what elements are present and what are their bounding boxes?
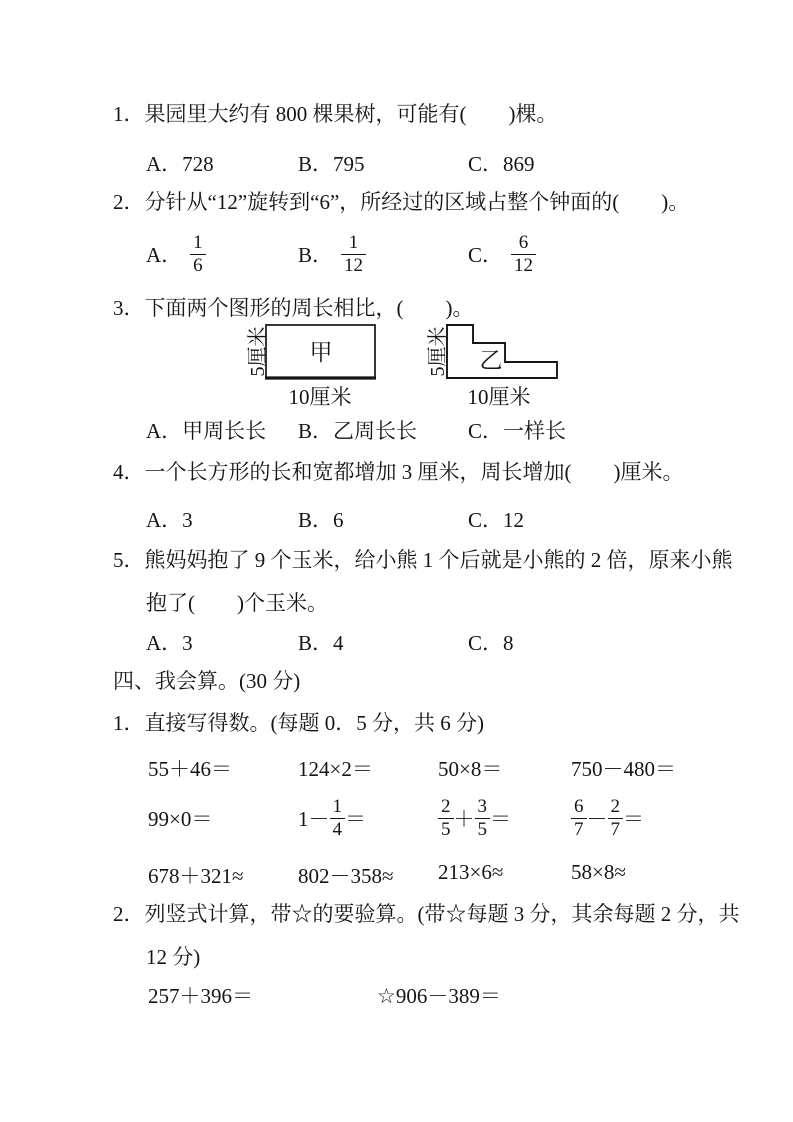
section-4-item-2-title-line1: 2．列竖式计算，带☆的要验算。(带☆每题 3 分，其余每题 2 分，共 [113,901,740,927]
fraction-denominator: 6 [190,254,206,277]
fraction-numerator: 1 [190,232,206,254]
item-2-title-text-line2: 12 分) [146,945,200,969]
vertical-calc-problem-starred: ☆906－389＝ [377,980,501,1010]
expr-prefix: 1－ [298,803,330,833]
figure-yi-label: 乙 [480,348,503,373]
question-4-option-b: B．6 [298,504,344,534]
calc-expression: 50×8＝ [438,753,502,783]
operator: ＋ [454,803,475,833]
option-label: B． [298,239,333,269]
exam-paper-page: 1．果园里大约有 800 棵果树，可能有( )棵。 A．728 B．795 C．… [0,0,793,1122]
section-4-item-1-title: 1．直接写得数。(每题 0．5 分，共 6 分) [113,710,484,736]
operator: － [587,803,608,833]
figure-yi-width-label: 10厘米 [468,385,531,409]
item-2-number: 2． [113,902,145,926]
fraction-denominator: 7 [571,818,587,841]
fraction-numerator: 1 [346,232,362,254]
figure-jia-label: 甲 [310,340,333,365]
section-4-heading-text: 四、我会算。(30 分) [113,669,300,693]
calc-expression-fraction: 1－ 1 4 ＝ [298,789,366,847]
fraction-denominator: 12 [511,254,536,277]
question-4-option-a: A．3 [146,504,193,534]
equals-sign: ＝ [490,803,511,833]
calc-expression: 802－358≈ [298,860,394,890]
question-3-option-b: B．乙周长长 [298,415,417,445]
calc-expression: 124×2＝ [298,753,373,783]
fraction-denominator: 12 [341,254,366,277]
question-3-number: 3． [113,296,145,320]
fraction-numerator: 6 [516,232,532,254]
calc-expression: 750－480＝ [571,753,676,783]
question-4-text: 一个长方形的长和宽都增加 3 厘米，周长增加( )厘米。 [145,460,684,484]
calc-expression-fraction: 2 5 ＋ 3 5 ＝ [438,789,511,847]
question-1-option-a: A．728 [146,148,214,178]
fraction-denominator: 5 [475,818,491,841]
section-4-item-2-title-line2: 12 分) [146,944,200,970]
calc-expression: 678＋321≈ [148,860,244,890]
question-2-option-b: B． 1 12 [298,224,366,284]
vertical-calc-problem: 257＋396＝ [148,980,253,1010]
calc-expression: 55＋46＝ [148,753,232,783]
fraction-denominator: 7 [608,818,624,841]
question-5-line1: 5．熊妈妈抱了 9 个玉米，给小熊 1 个后就是小熊的 2 倍，原来小熊 [113,547,733,573]
question-3-option-c: C．一样长 [468,415,566,445]
option-label: C． [468,239,503,269]
question-5-number: 5． [113,548,145,572]
question-1-number: 1． [113,102,145,126]
question-2-text: 分针从“12”旋转到“6”，所经过的区域占整个钟面的( )。 [145,190,690,214]
item-2-title-text-line1: 列竖式计算，带☆的要验算。(带☆每题 3 分，其余每题 2 分，共 [145,902,740,926]
item-1-title-text: 直接写得数。(每题 0．5 分，共 6 分) [145,711,485,735]
question-5-option-b: B．4 [298,627,344,657]
fraction-numerator: 6 [571,796,587,818]
fraction-denominator: 4 [330,818,346,841]
fraction-numerator: 2 [438,796,454,818]
calc-expression: 58×8≈ [571,860,626,885]
fraction: 6 12 [511,232,536,277]
question-4-number: 4． [113,460,145,484]
fraction: 1 4 [330,796,346,841]
question-2: 2．分针从“12”旋转到“6”，所经过的区域占整个钟面的( )。 [113,189,689,215]
question-2-number: 2． [113,190,145,214]
fraction-numerator: 2 [608,796,624,818]
question-5-line2: 抱了( )个玉米。 [146,590,328,616]
section-4-heading: 四、我会算。(30 分) [113,668,300,694]
fraction-numerator: 3 [475,796,491,818]
question-3-option-a: A．甲周长长 [146,415,266,445]
question-1-option-c: C．869 [468,148,535,178]
figure-yi-height-label: 5厘米 [426,327,449,377]
fraction-denominator: 5 [438,818,454,841]
question-5-option-c: C．8 [468,627,514,657]
question-2-option-c: C． 6 12 [468,224,536,284]
option-label: A． [146,239,182,269]
question-1-option-b: B．795 [298,148,365,178]
item-1-number: 1． [113,711,145,735]
figure-jia-height-label: 5厘米 [246,327,269,377]
question-3-figure: 甲 5厘米 10厘米 乙 5厘米 10厘米 [225,316,570,413]
calc-expression: 213×6≈ [438,860,503,885]
fraction: 3 5 [475,796,491,841]
question-4: 4．一个长方形的长和宽都增加 3 厘米，周长增加( )厘米。 [113,459,683,485]
question-5-text-line2: 抱了( )个玉米。 [146,591,328,615]
question-5-text-line1: 熊妈妈抱了 9 个玉米，给小熊 1 个后就是小熊的 2 倍，原来小熊 [145,548,733,572]
fraction: 1 12 [341,232,366,277]
question-2-option-a: A． 1 6 [146,224,206,284]
fraction: 2 7 [608,796,624,841]
figure-jia-width-label: 10厘米 [289,385,352,409]
fraction: 6 7 [571,796,587,841]
calc-expression-fraction: 6 7 － 2 7 ＝ [571,789,644,847]
fraction: 2 5 [438,796,454,841]
question-5-option-a: A．3 [146,627,193,657]
calc-expression: 99×0＝ [148,789,212,847]
fraction-numerator: 1 [330,796,346,818]
question-1-text: 果园里大约有 800 棵果树，可能有( )棵。 [145,102,558,126]
equals-sign: ＝ [345,803,366,833]
question-4-option-c: C．12 [468,504,524,534]
fraction: 1 6 [190,232,206,277]
question-1: 1．果园里大约有 800 棵果树，可能有( )棵。 [113,101,558,127]
equals-sign: ＝ [623,803,644,833]
